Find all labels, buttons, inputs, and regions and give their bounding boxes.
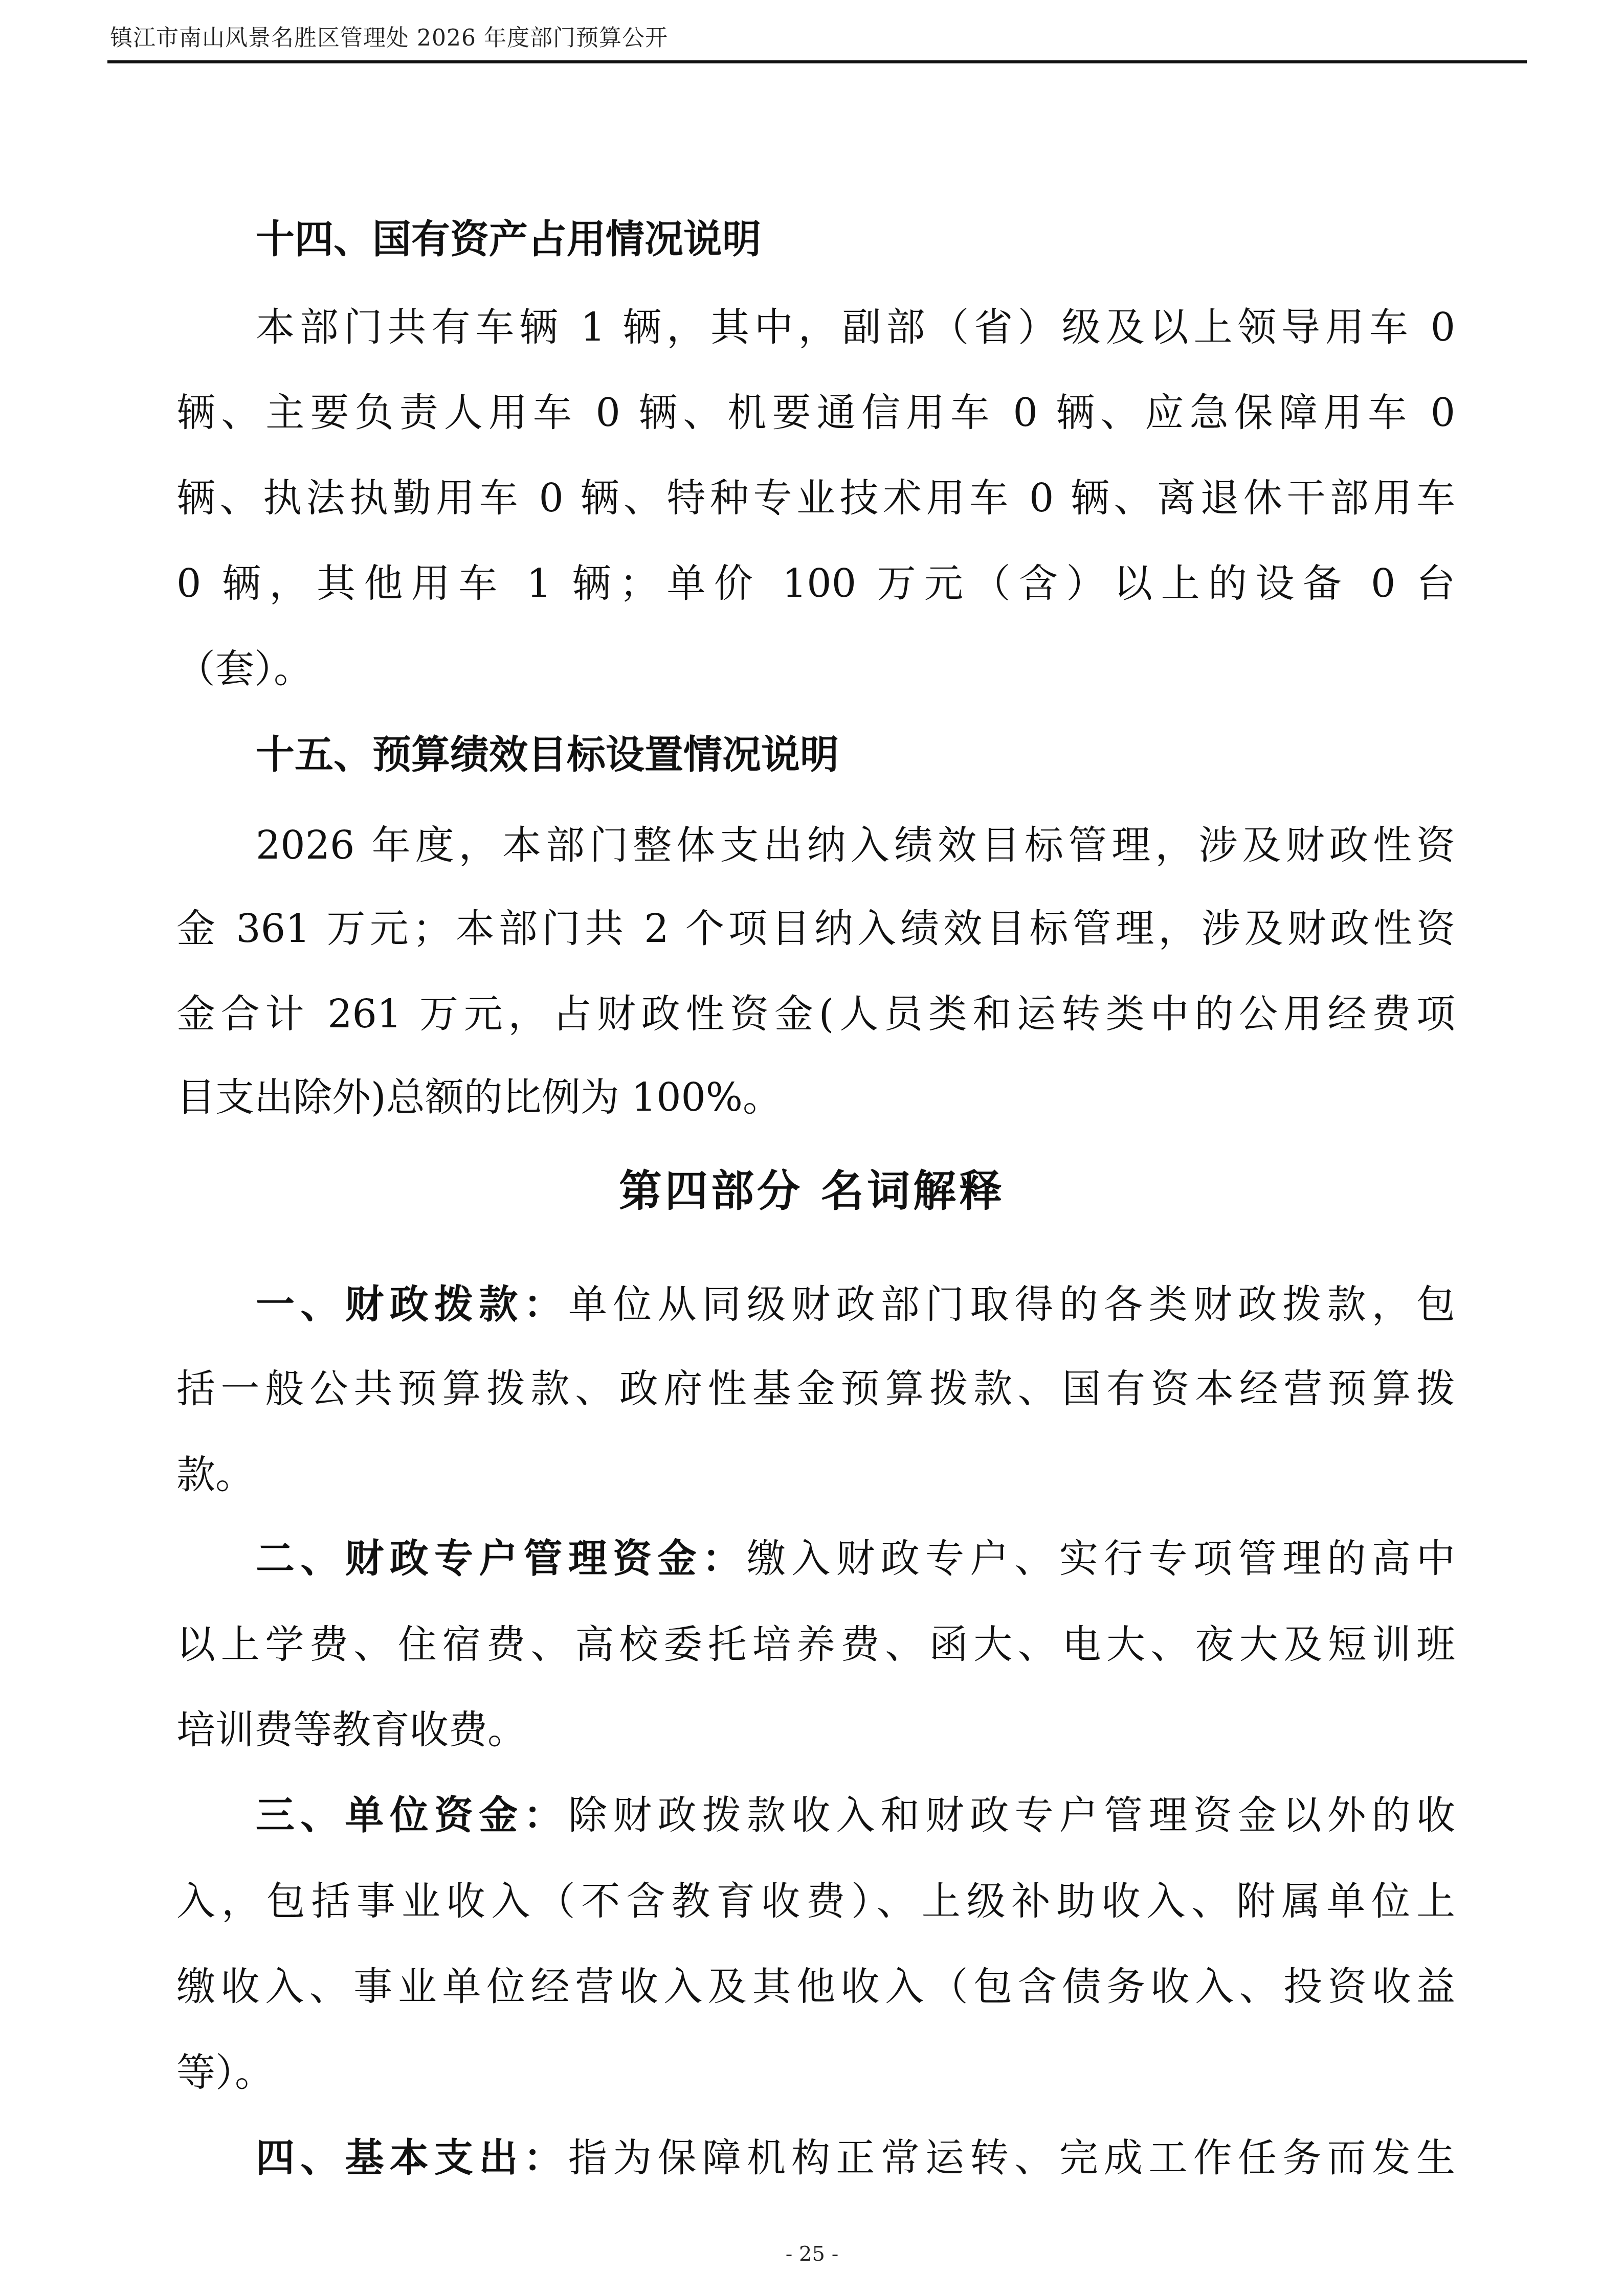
definition-line: 培训费等教育收费。 bbox=[176, 1705, 1455, 1754]
running-header: 镇江市南山风景名胜区管理处 2026 年度部门预算公开 bbox=[110, 19, 668, 52]
paragraph-line: 0 辆，其他用车 1 辆；单价 100 万元（含）以上的设备 0 台 bbox=[176, 559, 1455, 608]
definition-line: 三、单位资金：除财政拨款收入和财政专户管理资金以外的收 bbox=[256, 1791, 1455, 1840]
paragraph-line: 金合计 261 万元，占财政性资金(人员类和运转类中的公用经费项 bbox=[176, 989, 1455, 1039]
header-rule bbox=[107, 60, 1527, 63]
paragraph-line: 2026 年度，本部门整体支出纳入绩效目标管理，涉及财政性资 bbox=[256, 821, 1455, 870]
paragraph-line: 本部门共有车辆 1 辆，其中，副部（省）级及以上领导用车 0 bbox=[256, 303, 1455, 352]
definition-line: 入，包括事业收入（不含教育收费）、上级补助收入、附属单位上 bbox=[176, 1877, 1455, 1926]
definition-line: 以上学费、住宿费、高校委托培养费、函大、电大、夜大及短训班 bbox=[176, 1620, 1455, 1669]
part-title: 第四部分 名词解释 bbox=[0, 1157, 1624, 1219]
definition-line: 一、财政拨款：单位从同级财政部门取得的各类财政拨款，包 bbox=[256, 1280, 1455, 1329]
definition-line: 缴收入、事业单位经营收入及其他收入（包含债务收入、投资收益 bbox=[176, 1962, 1455, 2011]
paragraph-line: （套）。 bbox=[176, 644, 1455, 693]
page-number: - 25 - bbox=[0, 2242, 1624, 2266]
paragraph-line: 金 361 万元；本部门共 2 个项目纳入绩效目标管理，涉及财政性资 bbox=[176, 904, 1455, 953]
definition-line: 款。 bbox=[176, 1450, 1455, 1499]
paragraph-line: 目支出除外)总额的比例为 100%。 bbox=[176, 1073, 1455, 1122]
term-label: 四、基本支出： bbox=[256, 2135, 568, 2180]
section-heading-15: 十五、预算绩效目标设置情况说明 bbox=[256, 730, 1455, 779]
section-heading-14: 十四、国有资产占用情况说明 bbox=[256, 215, 1455, 264]
term-label: 二、财政专户管理资金： bbox=[256, 1536, 747, 1581]
definition-line: 二、财政专户管理资金：缴入财政专户、实行专项管理的高中 bbox=[256, 1534, 1455, 1583]
paragraph-line: 辆、执法执勤用车 0 辆、特种专业技术用车 0 辆、离退休干部用车 bbox=[176, 474, 1455, 523]
definition-line: 括一般公共预算拨款、政府性基金预算拨款、国有资本经营预算拨 bbox=[176, 1364, 1455, 1413]
paragraph-line: 辆、主要负责人用车 0 辆、机要通信用车 0 辆、应急保障用车 0 bbox=[176, 388, 1455, 437]
term-label: 一、财政拨款： bbox=[256, 1281, 568, 1327]
term-label: 三、单位资金： bbox=[256, 1792, 568, 1838]
definition-line: 等）。 bbox=[176, 2048, 1455, 2097]
definition-line: 四、基本支出：指为保障机构正常运转、完成工作任务而发生 bbox=[256, 2133, 1455, 2182]
